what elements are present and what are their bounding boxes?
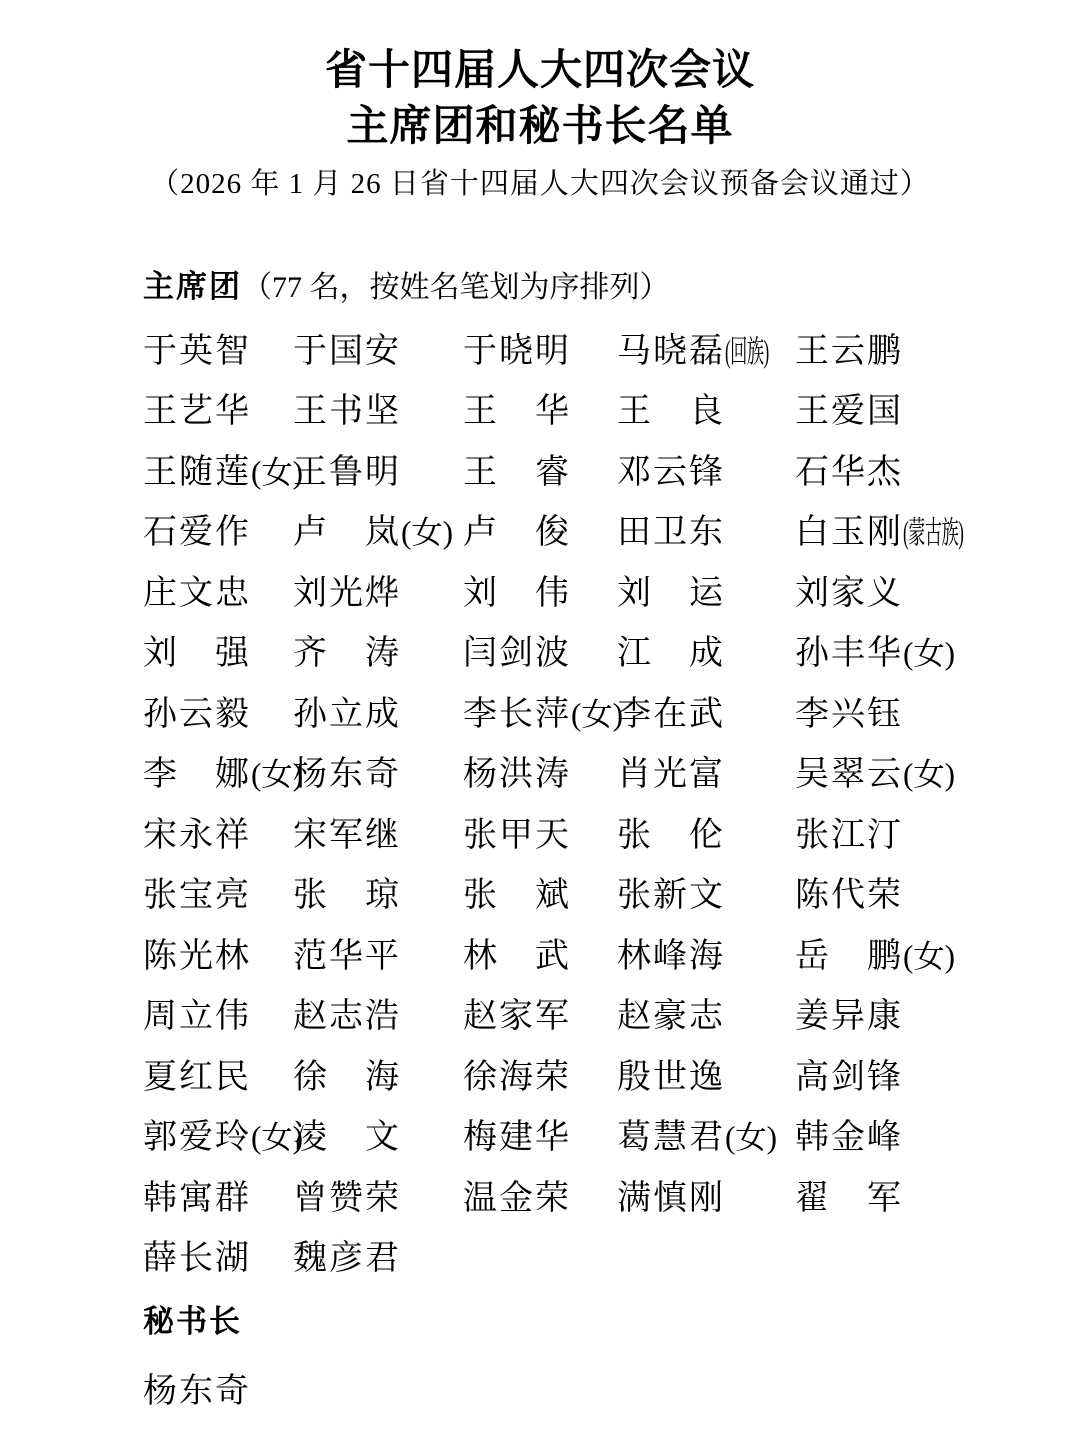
member-name: 张 斌: [463, 867, 617, 916]
member-row: 宋永祥宋军继张甲天张 伦张江汀: [143, 801, 1080, 862]
member-name: 孙丰华(女): [795, 625, 1080, 674]
presidium-heading: 主席团（77 名，按姓名笔划为序排列）: [143, 266, 1080, 309]
member-name: 王云鹏: [795, 323, 1080, 372]
member-row: 庄文忠刘光烨刘 伟刘 运刘家义: [143, 559, 1080, 620]
member-name: 肖光富: [617, 746, 795, 795]
member-name: 张新文: [617, 867, 795, 916]
member-name: 岳 鹏(女): [795, 928, 1080, 977]
member-name: 王 良: [617, 383, 795, 432]
member-name: 陈代荣: [795, 867, 1080, 916]
page-title-line2: 主席团和秘书长名单: [0, 98, 1080, 154]
member-name: 张宝亮: [143, 867, 293, 916]
member-name: 葛慧君(女): [617, 1109, 795, 1158]
member-name: 李 娜(女): [143, 746, 293, 795]
member-name: 林 武: [463, 928, 617, 977]
member-name: 徐海荣: [463, 1049, 617, 1098]
member-name: 吴翠云(女): [795, 746, 1080, 795]
member-name: 刘 运: [617, 565, 795, 614]
member-name: 魏彦君: [293, 1230, 463, 1279]
member-row: 韩寓群曾赞荣温金荣满慎刚翟 军: [143, 1164, 1080, 1225]
member-name: 刘 伟: [463, 565, 617, 614]
member-name: 杨东奇: [293, 746, 463, 795]
member-name: 江 成: [617, 625, 795, 674]
member-row: 于英智于国安于晓明马晓磊(回族)王云鹏: [143, 317, 1080, 378]
member-name: 陈光林: [143, 928, 293, 977]
member-note: (女): [903, 757, 955, 792]
presidium-heading-note: （77 名，按姓名笔划为序排列）: [242, 271, 670, 304]
member-name: 卢 岚(女): [293, 504, 463, 553]
member-name: 王书坚: [293, 383, 463, 432]
member-row: 陈光林范华平林 武林峰海岳 鹏(女): [143, 922, 1080, 983]
member-name: 刘家义: [795, 565, 1080, 614]
member-note: (女): [571, 697, 623, 732]
member-name: 李在武: [617, 686, 795, 735]
member-name: 王艺华: [143, 383, 293, 432]
member-note: (女): [401, 515, 453, 550]
page-title-line1: 省十四届人大四次会议: [0, 42, 1080, 98]
member-row: 郭爱玲(女)凌 文梅建华葛慧君(女)韩金峰: [143, 1104, 1080, 1165]
member-name: 宋永祥: [143, 807, 293, 856]
member-name: 翟 军: [795, 1170, 1080, 1219]
member-name: 凌 文: [293, 1109, 463, 1158]
secretary-general-heading: 秘书长: [143, 1301, 1080, 1343]
member-name: 满慎刚: [617, 1170, 795, 1219]
member-name: 温金荣: [463, 1170, 617, 1219]
member-note: (女): [903, 636, 955, 671]
member-name: 韩金峰: [795, 1109, 1080, 1158]
member-name: 徐 海: [293, 1049, 463, 1098]
member-name: 齐 涛: [293, 625, 463, 674]
member-name: 刘 强: [143, 625, 293, 674]
member-name: 于英智: [143, 323, 293, 372]
member-name: 田卫东: [617, 504, 795, 553]
member-row: 薛长湖魏彦君: [143, 1225, 1080, 1286]
member-name: 韩寓群: [143, 1170, 293, 1219]
member-row: 夏红民徐 海徐海荣殷世逸高剑锋: [143, 1043, 1080, 1104]
member-note: (蒙古族): [903, 507, 963, 552]
member-name: 曾赞荣: [293, 1170, 463, 1219]
member-name: 于国安: [293, 323, 463, 372]
member-name: 赵家军: [463, 988, 617, 1037]
member-name: 周立伟: [143, 988, 293, 1037]
member-name: 薛长湖: [143, 1230, 293, 1279]
member-name: 孙云毅: [143, 686, 293, 735]
member-row: 石爱作卢 岚(女)卢 俊田卫东白玉刚(蒙古族): [143, 499, 1080, 560]
member-name: 郭爱玲(女): [143, 1109, 293, 1158]
member-name: 庄文忠: [143, 565, 293, 614]
member-name: 赵志浩: [293, 988, 463, 1037]
member-name: 王爱国: [795, 383, 1080, 432]
member-name: 姜异康: [795, 988, 1080, 1037]
member-name: 石华杰: [795, 444, 1080, 493]
presidium-member-list: 于英智于国安于晓明马晓磊(回族)王云鹏王艺华王书坚王 华王 良王爱国王随莲(女)…: [143, 317, 1080, 1285]
member-name: 殷世逸: [617, 1049, 795, 1098]
presidium-heading-label: 主席团: [143, 269, 242, 304]
member-name: 范华平: [293, 928, 463, 977]
member-name: 闫剑波: [463, 625, 617, 674]
member-name: 林峰海: [617, 928, 795, 977]
member-note: (女): [725, 1120, 777, 1155]
member-name: 张 伦: [617, 807, 795, 856]
member-name: 石爱作: [143, 504, 293, 553]
member-row: 王艺华王书坚王 华王 良王爱国: [143, 378, 1080, 439]
member-name: 孙立成: [293, 686, 463, 735]
member-name: 张江汀: [795, 807, 1080, 856]
member-row: 李 娜(女)杨东奇杨洪涛肖光富吴翠云(女): [143, 741, 1080, 802]
member-name: 卢 俊: [463, 504, 617, 553]
member-name: 夏红民: [143, 1049, 293, 1098]
member-name: 邓云锋: [617, 444, 795, 493]
member-row: 王随莲(女)王鲁明王 睿邓云锋石华杰: [143, 438, 1080, 499]
member-name: 张 琼: [293, 867, 463, 916]
member-name: 李兴钰: [795, 686, 1080, 735]
member-name: 白玉刚(蒙古族): [795, 504, 1080, 553]
member-row: 孙云毅孙立成李长萍(女)李在武李兴钰: [143, 680, 1080, 741]
document-page: 省十四届人大四次会议 主席团和秘书长名单 （2026 年 1 月 26 日省十四…: [0, 0, 1080, 1435]
member-note: (女): [903, 939, 955, 974]
member-name: 刘光烨: [293, 565, 463, 614]
member-name: 高剑锋: [795, 1049, 1080, 1098]
member-name: 于晓明: [463, 323, 617, 372]
member-name: 梅建华: [463, 1109, 617, 1158]
member-name: 王 睿: [463, 444, 617, 493]
member-name: 王鲁明: [293, 444, 463, 493]
member-name: 张甲天: [463, 807, 617, 856]
member-note: (回族): [725, 326, 769, 371]
member-row: 张宝亮张 琼张 斌张新文陈代荣: [143, 862, 1080, 923]
member-name: 杨洪涛: [463, 746, 617, 795]
member-name: 王随莲(女): [143, 444, 293, 493]
member-name: 李长萍(女): [463, 686, 617, 735]
secretary-general-name: 杨东奇: [143, 1371, 1080, 1413]
page-title: 省十四届人大四次会议 主席团和秘书长名单: [0, 42, 1080, 154]
member-name: 宋军继: [293, 807, 463, 856]
member-row: 周立伟赵志浩赵家军赵豪志姜异康: [143, 983, 1080, 1044]
member-row: 刘 强齐 涛闫剑波江 成孙丰华(女): [143, 620, 1080, 681]
member-name: 赵豪志: [617, 988, 795, 1037]
member-name: 王 华: [463, 383, 617, 432]
member-name: 马晓磊(回族): [617, 323, 795, 372]
adoption-note: （2026 年 1 月 26 日省十四届人大四次会议预备会议通过）: [0, 164, 1080, 204]
